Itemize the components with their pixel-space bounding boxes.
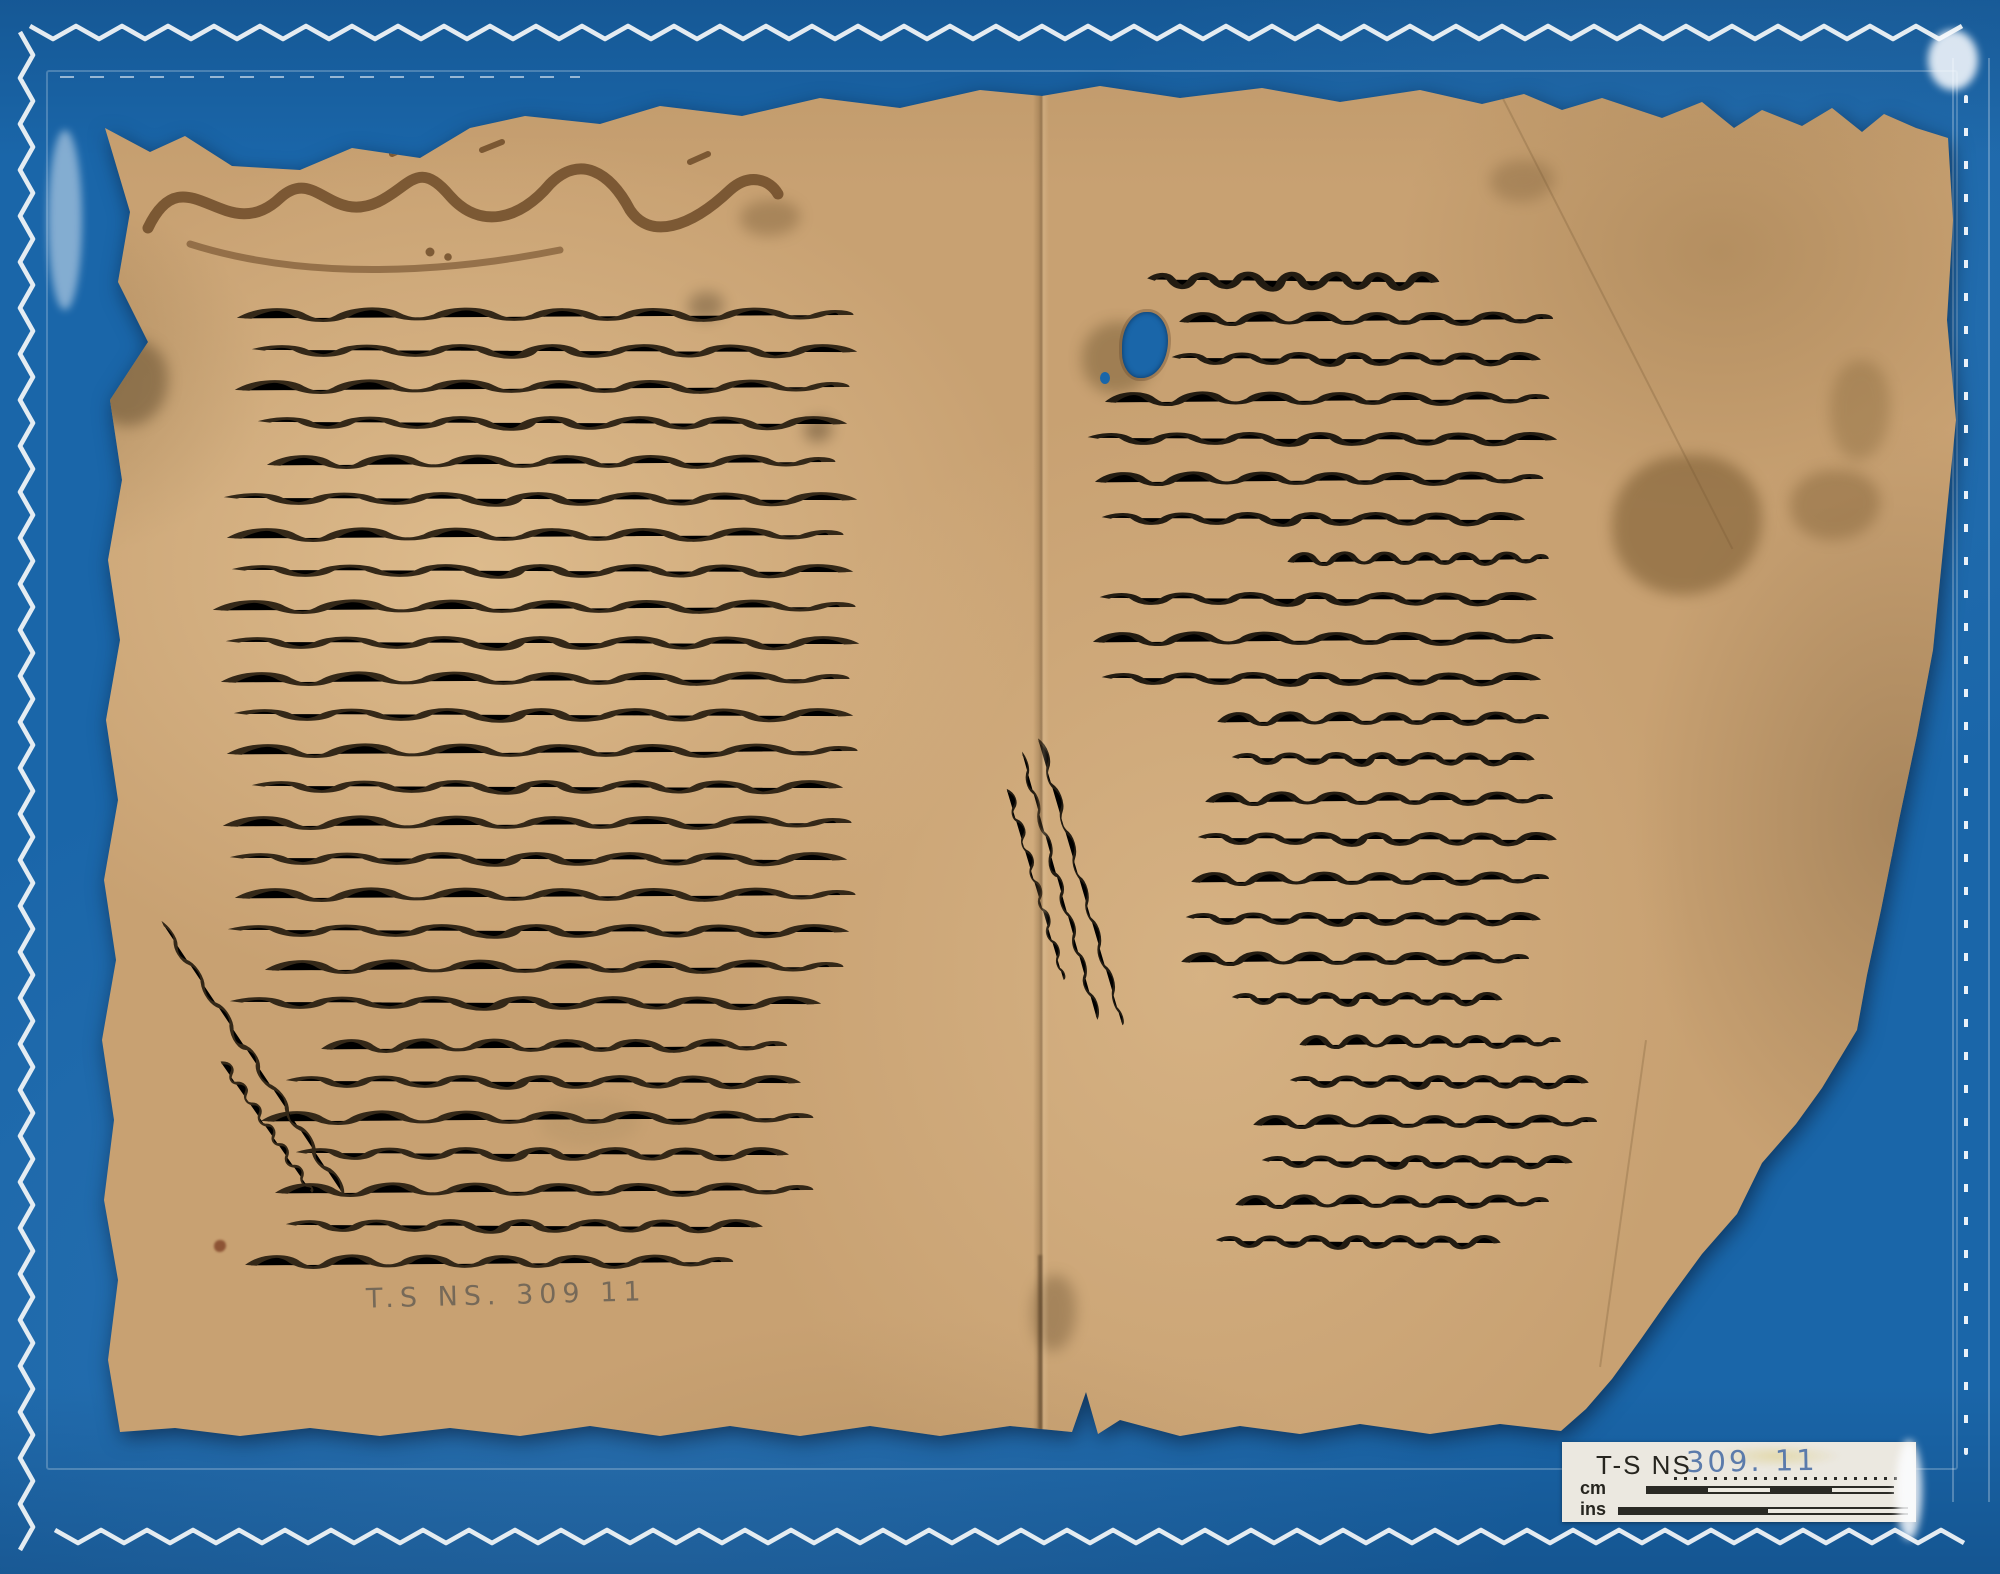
script-line	[1192, 869, 1548, 889]
script-line	[1262, 1152, 1572, 1172]
fold-crease	[1033, 84, 1049, 1436]
ins-scale-bar	[1618, 1507, 1908, 1515]
parchment: T.S NS. 309 11	[0, 0, 2000, 1574]
script-line	[1182, 949, 1528, 969]
ruler-label: T-S NS 309. 11 cm ins	[1562, 1442, 1916, 1522]
script-line	[1148, 268, 1438, 294]
manuscript-fragment: T.S NS. 309 11	[0, 0, 2000, 1574]
script-line	[1180, 309, 1552, 329]
script-line	[1232, 989, 1502, 1009]
script-line	[1100, 589, 1536, 609]
script-line	[1288, 549, 1548, 569]
script-line	[1096, 469, 1542, 489]
script-line	[1206, 789, 1552, 809]
script-line	[1186, 909, 1540, 929]
script-line	[1094, 629, 1552, 649]
script-line	[1232, 749, 1534, 769]
script-line	[1088, 429, 1556, 449]
cm-scale-bar	[1646, 1486, 1894, 1494]
zigzag-stitch	[18, 32, 39, 1544]
zigzag-stitch	[55, 1528, 1960, 1549]
script-line	[1198, 829, 1556, 849]
script-line	[1290, 1072, 1588, 1092]
script-line	[1106, 389, 1548, 409]
shelfmark-number-handwritten: 309. 11	[1686, 1443, 1818, 1479]
script-line	[1236, 1192, 1548, 1212]
cm-label: cm	[1580, 1478, 1606, 1499]
stitch-column-right	[1964, 95, 1968, 1455]
script-line	[1102, 509, 1524, 529]
script-line	[1300, 1032, 1560, 1052]
thread-knot	[1896, 1440, 1922, 1540]
fold-split	[1038, 1255, 1042, 1435]
zigzag-stitch	[30, 24, 1955, 45]
ins-label: ins	[1580, 1499, 1606, 1520]
parchment-hole	[1100, 372, 1110, 384]
script-line	[1102, 669, 1540, 689]
script-line	[1218, 709, 1548, 729]
photograph-scene: T.S NS. 309 11 T-S NS 309. 11 cm ins	[0, 0, 2000, 1574]
thread-knot	[1928, 30, 1978, 90]
script-line	[1172, 349, 1540, 369]
script-line	[1216, 1232, 1500, 1252]
thread-knot	[48, 130, 82, 310]
script-line	[1254, 1112, 1596, 1132]
